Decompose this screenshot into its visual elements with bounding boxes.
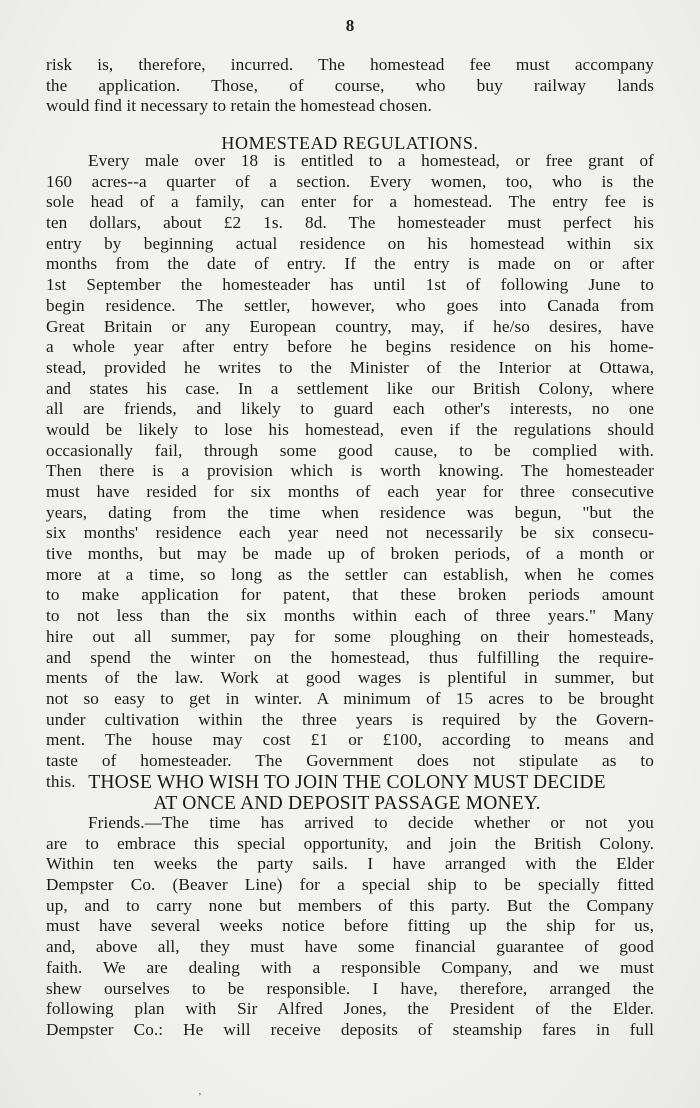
text-line: Then there is a provision which is worth… xyxy=(46,461,654,482)
text-line: Dempster Co.: He will receive deposits o… xyxy=(46,1020,654,1041)
text-line: to not less than the six months within e… xyxy=(46,606,654,627)
text-line: shew ourselves to be responsible. I have… xyxy=(46,979,654,1000)
text-line: to make application for patent, that the… xyxy=(46,585,654,606)
text-line: ments of the law. Work at good wages is … xyxy=(46,668,654,689)
text-line: Dempster Co. (Beaver Line) for a special… xyxy=(46,875,654,896)
text-line: 160 acres--a quarter of a section. Every… xyxy=(46,172,654,193)
text-line: following plan with Sir Alfred Jones, th… xyxy=(46,999,654,1020)
text-line: would be likely to lose his homestead, e… xyxy=(46,420,654,441)
text-line: hire out all summer, pay for some plough… xyxy=(46,627,654,648)
text-line: the application. Those, of course, who b… xyxy=(46,76,654,97)
text-line: must have several weeks notice before fi… xyxy=(46,916,654,937)
text-line: are to embrace this special opportunity,… xyxy=(46,834,654,855)
text-line: sole head of a family, can enter for a h… xyxy=(46,192,654,213)
text-line: under cultivation within the three years… xyxy=(46,710,654,731)
text-line: all are friends, and likely to guard eac… xyxy=(46,399,654,420)
intro-paragraph: risk is, therefore, incurred. The homest… xyxy=(46,55,654,117)
text-line: six months' residence each year need not… xyxy=(46,523,654,544)
text-line: 1st September the homesteader has until … xyxy=(46,275,654,296)
heading-line: AT ONCE AND DEPOSIT PASSAGE MONEY. xyxy=(36,793,658,814)
scan-mark: ‚ xyxy=(198,1085,202,1097)
text-line: more at a time, so long as the settler c… xyxy=(46,565,654,586)
section-heading-join-colony: THOSE WHO WISH TO JOIN THE COLONY MUST D… xyxy=(36,772,658,814)
text-line: taste of homesteader. The Government doe… xyxy=(46,751,654,772)
text-line: ten dollars, about £2 1s. 8d. The homest… xyxy=(46,213,654,234)
text-line: and, above all, they must have some fina… xyxy=(46,937,654,958)
homestead-regulations-paragraph: Every male over 18 is entitled to a home… xyxy=(46,151,654,792)
text-line: Within ten weeks the party sails. I have… xyxy=(46,854,654,875)
page-number: 8 xyxy=(0,16,700,36)
text-line: risk is, therefore, incurred. The homest… xyxy=(46,55,654,76)
text-line: not so easy to get in winter. A minimum … xyxy=(46,689,654,710)
text-line: stead, provided he writes to the Ministe… xyxy=(46,358,654,379)
text-line: would find it necessary to retain the ho… xyxy=(46,96,654,117)
text-line: faith. We are dealing with a responsible… xyxy=(46,958,654,979)
text-line: must have resided for six months of each… xyxy=(46,482,654,503)
text-line: begin residence. The settler, however, w… xyxy=(46,296,654,317)
heading-line: THOSE WHO WISH TO JOIN THE COLONY MUST D… xyxy=(36,772,658,793)
text-line: up, and to carry none but members of thi… xyxy=(46,896,654,917)
text-line: a whole year after entry before he begin… xyxy=(46,337,654,358)
text-line: Every male over 18 is entitled to a home… xyxy=(46,151,654,172)
text-line: entry by beginning actual residence on h… xyxy=(46,234,654,255)
text-line: years, dating from the time when residen… xyxy=(46,503,654,524)
join-colony-paragraph: Friends.—The time has arrived to decide … xyxy=(46,813,654,1041)
text-line: Great Britain or any European country, m… xyxy=(46,317,654,338)
scanned-page: 8 risk is, therefore, incurred. The home… xyxy=(0,0,700,1108)
text-line: months from the date of entry. If the en… xyxy=(46,254,654,275)
text-line: and states his case. In a settlement lik… xyxy=(46,379,654,400)
text-line: tive months, but may be made up of broke… xyxy=(46,544,654,565)
text-line: ment. The house may cost £1 or £100, acc… xyxy=(46,730,654,751)
text-line: Friends.—The time has arrived to decide … xyxy=(46,813,654,834)
text-line: occasionally fail, through some good cau… xyxy=(46,441,654,462)
text-line: and spend the winter on the homestead, t… xyxy=(46,648,654,669)
